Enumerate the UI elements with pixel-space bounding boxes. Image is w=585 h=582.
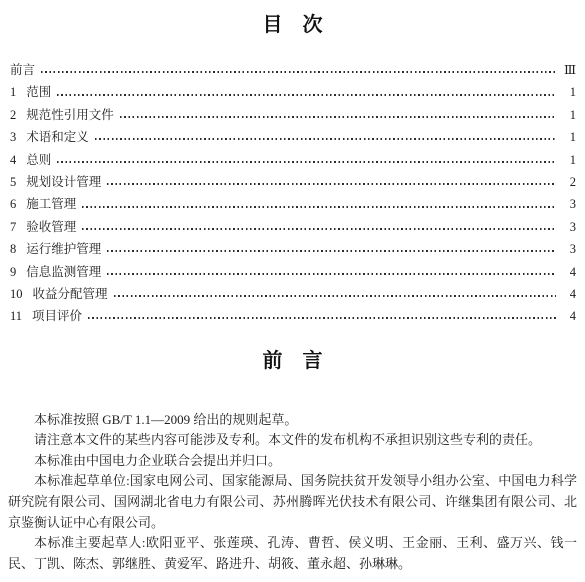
toc-entry-label: 信息监测管理 bbox=[26, 261, 101, 283]
foreword-paragraph: 本标准起草单位:国家电网公司、国家能源局、国务院扶贫开发领导小组办公室、中国电力… bbox=[8, 471, 577, 533]
foreword-body: 本标准按照 GB/T 1.1—2009 给出的规则起草。 请注意本文件的某些内容… bbox=[8, 410, 577, 575]
toc-entry-number: 11 bbox=[10, 305, 22, 327]
toc-leader-dots bbox=[82, 206, 556, 208]
toc-entry-label: 收益分配管理 bbox=[33, 283, 108, 305]
toc-entry-page: 4 bbox=[562, 305, 576, 327]
toc-entry-label: 术语和定义 bbox=[26, 126, 89, 148]
toc-entry-number: 3 bbox=[10, 126, 16, 148]
toc-leader-dots bbox=[107, 250, 556, 252]
toc-entry-number: 4 bbox=[10, 149, 16, 171]
foreword-title: 前 言 bbox=[0, 348, 585, 374]
toc-entry-number: 1 bbox=[10, 81, 16, 103]
toc-leader-dots bbox=[57, 161, 556, 163]
toc-entry-label: 验收管理 bbox=[26, 216, 76, 238]
toc-entry-page: 1 bbox=[562, 104, 576, 126]
toc-entry-page: 3 bbox=[562, 238, 576, 260]
toc-entry-number: 2 bbox=[10, 104, 16, 126]
toc-entry-page: 3 bbox=[562, 193, 576, 215]
toc-leader-dots bbox=[107, 183, 556, 185]
foreword-paragraph: 请注意本文件的某些内容可能涉及专利。本文件的发布机构不承担识别这些专利的责任。 bbox=[8, 430, 577, 451]
document-page: 目 次 前言 Ⅲ 1 范围 1 2 规范性引用文件 1 3 术语和定义 1 4 … bbox=[0, 0, 585, 582]
toc-entry-page: 1 bbox=[562, 81, 576, 103]
toc-entry-page: 3 bbox=[562, 216, 576, 238]
toc-leader-dots bbox=[120, 116, 556, 118]
toc-entry: 8 运行维护管理 3 bbox=[10, 238, 576, 260]
toc-entry-number: 6 bbox=[10, 193, 16, 215]
toc-entry-label: 运行维护管理 bbox=[26, 238, 101, 260]
toc-entry: 3 术语和定义 1 bbox=[10, 126, 576, 148]
toc-entry-label: 规范性引用文件 bbox=[26, 104, 114, 126]
toc-entry-page: 4 bbox=[562, 261, 576, 283]
toc-entry-label: 规划设计管理 bbox=[26, 171, 101, 193]
toc-leader-dots bbox=[107, 273, 556, 275]
toc-entry: 2 规范性引用文件 1 bbox=[10, 104, 576, 126]
toc-entry-page: 2 bbox=[562, 171, 576, 193]
toc-entry: 9 信息监测管理 4 bbox=[10, 261, 576, 283]
toc-entry: 5 规划设计管理 2 bbox=[10, 171, 576, 193]
toc-entry-page: 1 bbox=[562, 149, 576, 171]
toc-entry-page: Ⅲ bbox=[562, 59, 576, 81]
toc-leader-dots bbox=[41, 71, 556, 73]
foreword-paragraph: 本标准主要起草人:欧阳亚平、张莲瑛、孔涛、曹哲、侯义明、王金丽、王利、盛万兴、钱… bbox=[8, 533, 577, 574]
toc-leader-dots bbox=[57, 94, 556, 96]
foreword-paragraph: 本标准由中国电力企业联合会提出并归口。 bbox=[8, 451, 577, 472]
toc-entry-label: 范围 bbox=[26, 81, 51, 103]
toc-entry-label: 前言 bbox=[10, 59, 35, 81]
toc-entry-label: 施工管理 bbox=[26, 193, 76, 215]
toc-entry-number: 5 bbox=[10, 171, 16, 193]
toc-title: 目 次 bbox=[0, 0, 585, 38]
toc-entry: 6 施工管理 3 bbox=[10, 193, 576, 215]
toc-entry-page: 1 bbox=[562, 126, 576, 148]
toc-entry-page: 4 bbox=[562, 283, 576, 305]
toc-entry-number: 7 bbox=[10, 216, 16, 238]
toc-entry-label: 总则 bbox=[26, 149, 51, 171]
toc-entry-number: 8 bbox=[10, 238, 16, 260]
toc-entry: 前言 Ⅲ bbox=[10, 59, 576, 81]
toc-leader-dots bbox=[88, 317, 556, 319]
toc-entry-number: 10 bbox=[10, 283, 23, 305]
toc-entry-number: 9 bbox=[10, 261, 16, 283]
toc-entry: 7 验收管理 3 bbox=[10, 216, 576, 238]
toc-leader-dots bbox=[82, 228, 556, 230]
toc-entry: 1 范围 1 bbox=[10, 81, 576, 103]
toc-entry: 10 收益分配管理 4 bbox=[10, 283, 576, 305]
toc-entry: 4 总则 1 bbox=[10, 149, 576, 171]
toc-entry: 11 项目评价 4 bbox=[10, 305, 576, 327]
toc-list: 前言 Ⅲ 1 范围 1 2 规范性引用文件 1 3 术语和定义 1 4 总则 1… bbox=[10, 59, 576, 328]
foreword-paragraph: 本标准按照 GB/T 1.1—2009 给出的规则起草。 bbox=[8, 410, 577, 431]
toc-leader-dots bbox=[95, 138, 556, 140]
toc-entry-label: 项目评价 bbox=[32, 305, 82, 327]
toc-leader-dots bbox=[114, 295, 556, 297]
